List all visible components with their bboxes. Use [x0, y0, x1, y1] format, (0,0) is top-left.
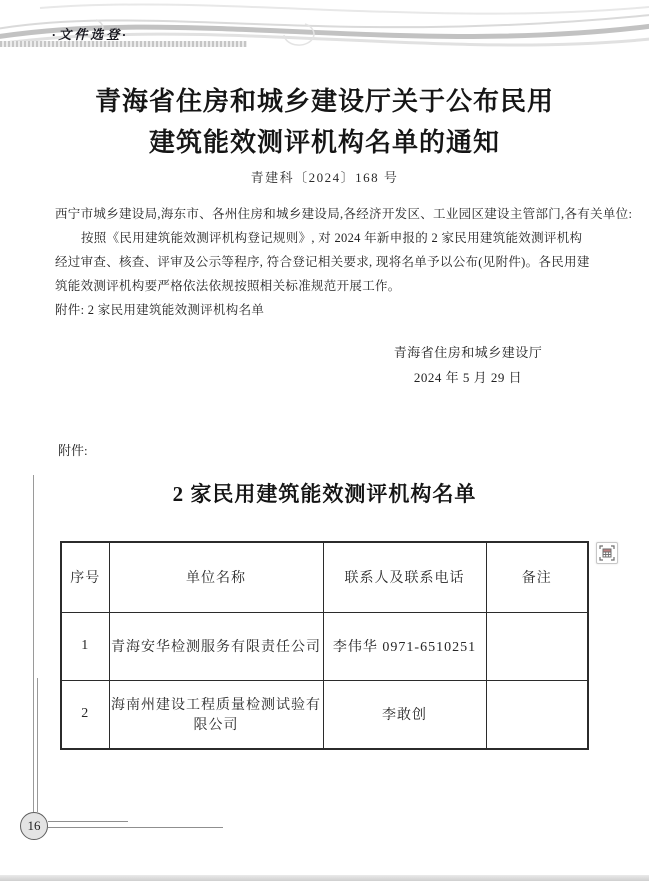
cell-name: 海南州建设工程质量检测试验有限公司	[109, 680, 323, 749]
col-header-seq: 序号	[61, 542, 109, 612]
body-line: 附件: 2 家民用建筑能效测评机构名单	[55, 298, 615, 322]
cell-seq: 1	[61, 612, 109, 680]
cell-name: 青海安华检测服务有限责任公司	[109, 612, 323, 680]
table-select-icon	[599, 545, 615, 561]
page-number: 16	[28, 818, 41, 834]
masthead-hatch-band	[0, 41, 247, 47]
table-row: 1 青海安华检测服务有限责任公司 李伟华 0971-6510251	[61, 612, 588, 680]
col-header-note: 备注	[486, 542, 588, 612]
table-header-row: 序号 单位名称 联系人及联系电话 备注	[61, 542, 588, 612]
notice-doc-number: 青建科〔2024〕168 号	[0, 167, 649, 186]
notice-title-line1: 青海省住房和城乡建设厅关于公布民用	[0, 81, 649, 118]
cell-contact: 李伟华 0971-6510251	[323, 612, 486, 680]
signature-issuer: 青海省住房和城乡建设厅	[368, 345, 568, 361]
cell-note	[486, 612, 588, 680]
cell-seq: 2	[61, 680, 109, 749]
footer-rule-line-short	[48, 821, 128, 822]
left-rule-line	[33, 475, 34, 812]
notice-body: 西宁市城乡建设局,海东市、各州住房和城乡建设局,各经济开发区、工业园区建设主管部…	[55, 202, 615, 322]
cell-contact: 李敢创	[323, 680, 486, 749]
body-line: 按照《民用建筑能效测评机构登记规则》, 对 2024 年新申报的 2 家民用建筑…	[55, 226, 615, 250]
left-rule-line-short	[37, 678, 38, 812]
table-select-button[interactable]	[596, 542, 618, 564]
cell-note	[486, 680, 588, 749]
agencies-table: 序号 单位名称 联系人及联系电话 备注 1 青海安华检测服务有限责任公司 李伟华…	[60, 541, 589, 750]
notice-title-line2: 建筑能效测评机构名单的通知	[0, 122, 649, 159]
col-header-name: 单位名称	[109, 542, 323, 612]
body-line: 西宁市城乡建设局,海东市、各州住房和城乡建设局,各经济开发区、工业园区建设主管部…	[55, 202, 615, 226]
signature-date: 2024 年 5 月 29 日	[368, 370, 568, 386]
attachment-label: 附件:	[58, 440, 88, 459]
attachment-title: 2 家民用建筑能效测评机构名单	[0, 478, 649, 508]
table-row: 2 海南州建设工程质量检测试验有限公司 李敢创	[61, 680, 588, 749]
body-line: 筑能效测评机构要严格依法依规按照相关标准规范开展工作。	[55, 274, 615, 298]
footer-rule-line-long	[48, 827, 223, 828]
document-page: ·文件选登· 青海省住房和城乡建设厅关于公布民用 建筑能效测评机构名单的通知 青…	[0, 0, 649, 881]
col-header-contact: 联系人及联系电话	[323, 542, 486, 612]
page-number-badge: 16	[20, 812, 48, 840]
body-line: 经过审查、核查、评审及公示等程序, 符合登记相关要求, 现将名单予以公布(见附件…	[55, 250, 615, 274]
signature-block: 青海省住房和城乡建设厅 2024 年 5 月 29 日	[368, 345, 568, 386]
page-bottom-shadow	[0, 875, 649, 881]
